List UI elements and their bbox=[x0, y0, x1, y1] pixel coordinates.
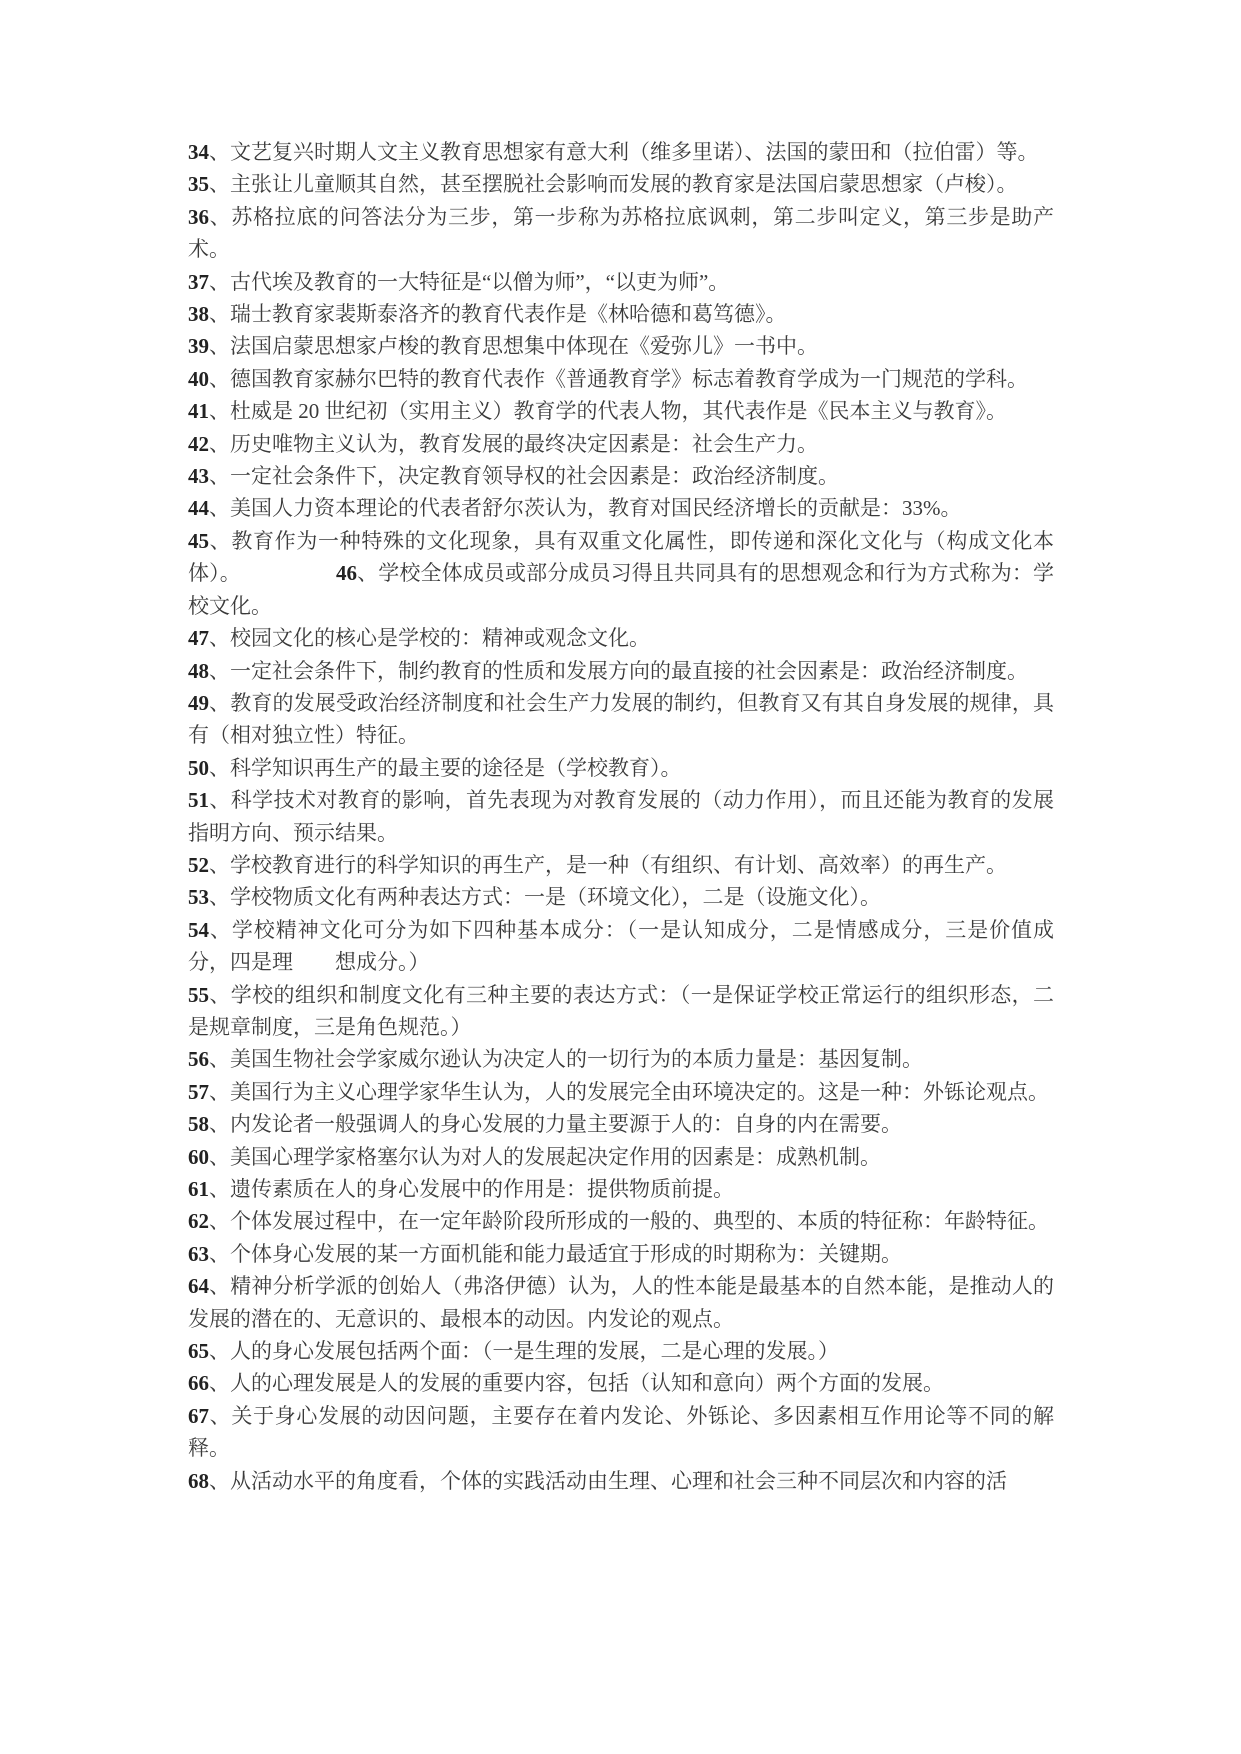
list-item: 56、美国生物社会学家威尔逊认为决定人的一切行为的本质力量是：基因复制。 bbox=[188, 1043, 1054, 1075]
item-number: 42 bbox=[188, 432, 209, 456]
item-text: 、一定社会条件下，决定教育领导权的社会因素是：政治经济制度。 bbox=[209, 464, 839, 488]
item-text: 、校园文化的核心是学校的：精神或观念文化。 bbox=[209, 626, 650, 650]
item-number: 50 bbox=[188, 756, 209, 780]
item-number: 49 bbox=[188, 691, 209, 715]
list-item: 51、科学技术对教育的影响，首先表现为对教育发展的（动力作用），而且还能为教育的… bbox=[188, 784, 1054, 849]
item-text: 、苏格拉底的问答法分为三步，第一步称为苏格拉底讽刺，第二步叫定义，第三步是助产术… bbox=[188, 205, 1054, 261]
list-item: 58、内发论者一般强调人的身心发展的力量主要源于人的：自身的内在需要。 bbox=[188, 1108, 1054, 1140]
item-text: 、杜威是 20 世纪初（实用主义）教育学的代表人物，其代表作是《民本主义与教育》… bbox=[209, 399, 1007, 423]
item-number: 54 bbox=[188, 918, 209, 942]
item-number: 58 bbox=[188, 1112, 209, 1136]
list-item: 42、历史唯物主义认为，教育发展的最终决定因素是：社会生产力。 bbox=[188, 428, 1054, 460]
item-text: 、人的心理发展是人的发展的重要内容，包括（认知和意向）两个方面的发展。 bbox=[209, 1371, 944, 1395]
item-number: 48 bbox=[188, 659, 209, 683]
list-item: 40、德国教育家赫尔巴特的教育代表作《普通教育学》标志着教育学成为一门规范的学科… bbox=[188, 363, 1054, 395]
item-number: 40 bbox=[188, 367, 209, 391]
list-item: 67、关于身心发展的动因问题，主要存在着内发论、外铄论、多因素相互作用论等不同的… bbox=[188, 1400, 1054, 1465]
document-body: 34、文艺复兴时期人文主义教育思想家有意大利（维多里诺）、法国的蒙田和（拉伯雷）… bbox=[188, 136, 1054, 1497]
item-text: 、科学知识再生产的最主要的途径是（学校教育）。 bbox=[209, 756, 682, 780]
list-item: 65、人的身心发展包括两个面：（一是生理的发展，二是心理的发展。） bbox=[188, 1335, 1054, 1367]
item-number: 36 bbox=[188, 205, 209, 229]
item-text: 、美国行为主义心理学家华生认为，人的发展完全由环境决定的。这是一种：外铄论观点。 bbox=[209, 1080, 1049, 1104]
list-item: 61、遗传素质在人的身心发展中的作用是：提供物质前提。 bbox=[188, 1173, 1054, 1205]
list-item: 68、从活动水平的角度看，个体的实践活动由生理、心理和社会三种不同层次和内容的活 bbox=[188, 1465, 1054, 1497]
list-item: 48、一定社会条件下，制约教育的性质和发展方向的最直接的社会因素是：政治经济制度… bbox=[188, 655, 1054, 687]
item-text: 、历史唯物主义认为，教育发展的最终决定因素是：社会生产力。 bbox=[209, 432, 818, 456]
item-number: 34 bbox=[188, 140, 209, 164]
list-item: 47、校园文化的核心是学校的：精神或观念文化。 bbox=[188, 622, 1054, 654]
list-item: 50、科学知识再生产的最主要的途径是（学校教育）。 bbox=[188, 752, 1054, 784]
item-text: 、学校的组织和制度文化有三种主要的表达方式：（一是保证学校正常运行的组织形态，二… bbox=[188, 983, 1054, 1039]
item-number: 35 bbox=[188, 172, 209, 196]
list-item: 57、美国行为主义心理学家华生认为，人的发展完全由环境决定的。这是一种：外铄论观… bbox=[188, 1076, 1054, 1108]
document-page: 34、文艺复兴时期人文主义教育思想家有意大利（维多里诺）、法国的蒙田和（拉伯雷）… bbox=[0, 0, 1241, 1754]
item-number: 63 bbox=[188, 1242, 209, 1266]
item-text: 、从活动水平的角度看，个体的实践活动由生理、心理和社会三种不同层次和内容的活 bbox=[209, 1469, 1007, 1493]
item-text: 、关于身心发展的动因问题，主要存在着内发论、外铄论、多因素相互作用论等不同的解释… bbox=[188, 1404, 1054, 1460]
item-number: 62 bbox=[188, 1209, 209, 1233]
item-number: 37 bbox=[188, 270, 209, 294]
list-item: 34、文艺复兴时期人文主义教育思想家有意大利（维多里诺）、法国的蒙田和（拉伯雷）… bbox=[188, 136, 1054, 168]
item-number: 56 bbox=[188, 1047, 209, 1071]
item-text: 、学校精神文化可分为如下四种基本成分：（一是认知成分，二是情感成分，三是价值成分… bbox=[188, 918, 1054, 974]
item-text: 、内发论者一般强调人的身心发展的力量主要源于人的：自身的内在需要。 bbox=[209, 1112, 902, 1136]
list-item: 54、学校精神文化可分为如下四种基本成分：（一是认知成分，二是情感成分，三是价值… bbox=[188, 914, 1054, 979]
item-number: 57 bbox=[188, 1080, 209, 1104]
list-item: 36、苏格拉底的问答法分为三步，第一步称为苏格拉底讽刺，第二步叫定义，第三步是助… bbox=[188, 201, 1054, 266]
item-number: 55 bbox=[188, 983, 209, 1007]
item-text: 、学校教育进行的科学知识的再生产，是一种（有组织、有计划、高效率）的再生产。 bbox=[209, 853, 1007, 877]
item-text: 、美国生物社会学家威尔逊认为决定人的一切行为的本质力量是：基因复制。 bbox=[209, 1047, 923, 1071]
list-item: 63、个体身心发展的某一方面机能和能力最适宜于形成的时期称为：关键期。 bbox=[188, 1238, 1054, 1270]
item-text: 、科学技术对教育的影响，首先表现为对教育发展的（动力作用），而且还能为教育的发展… bbox=[188, 788, 1054, 844]
list-item: 64、精神分析学派的创始人（弗洛伊德）认为，人的性本能是最基本的自然本能，是推动… bbox=[188, 1270, 1054, 1335]
list-item: 43、一定社会条件下，决定教育领导权的社会因素是：政治经济制度。 bbox=[188, 460, 1054, 492]
list-item: 39、法国启蒙思想家卢梭的教育思想集中体现在《爱弥儿》一书中。 bbox=[188, 330, 1054, 362]
item-number: 60 bbox=[188, 1145, 209, 1169]
item-number: 41 bbox=[188, 399, 209, 423]
item-number: 61 bbox=[188, 1177, 209, 1201]
list-item: 55、学校的组织和制度文化有三种主要的表达方式：（一是保证学校正常运行的组织形态… bbox=[188, 979, 1054, 1044]
list-item: 52、学校教育进行的科学知识的再生产，是一种（有组织、有计划、高效率）的再生产。 bbox=[188, 849, 1054, 881]
list-item: 44、美国人力资本理论的代表者舒尔茨认为，教育对国民经济增长的贡献是：33%。 bbox=[188, 492, 1054, 524]
list-item: 45、教育作为一种特殊的文化现象，具有双重文化属性，即传递和深化文化与（构成文化… bbox=[188, 525, 1054, 622]
item-number: 47 bbox=[188, 626, 209, 650]
item-number: 64 bbox=[188, 1274, 209, 1298]
item-text: 、个体身心发展的某一方面机能和能力最适宜于形成的时期称为：关键期。 bbox=[209, 1242, 902, 1266]
item-number: 67 bbox=[188, 1404, 209, 1428]
list-item: 37、古代埃及教育的一大特征是“以僧为师”，“以吏为师”。 bbox=[188, 266, 1054, 298]
item-text: 、古代埃及教育的一大特征是“以僧为师”，“以吏为师”。 bbox=[209, 270, 729, 294]
item-text: 、美国人力资本理论的代表者舒尔茨认为，教育对国民经济增长的贡献是：33%。 bbox=[209, 496, 962, 520]
item-text: 、德国教育家赫尔巴特的教育代表作《普通教育学》标志着教育学成为一门规范的学科。 bbox=[209, 367, 1028, 391]
list-item: 66、人的心理发展是人的发展的重要内容，包括（认知和意向）两个方面的发展。 bbox=[188, 1367, 1054, 1399]
item-number: 44 bbox=[188, 496, 209, 520]
item-number: 39 bbox=[188, 334, 209, 358]
item-text: 、法国启蒙思想家卢梭的教育思想集中体现在《爱弥儿》一书中。 bbox=[209, 334, 818, 358]
item-text: 、美国心理学家格塞尔认为对人的发展起决定作用的因素是：成熟机制。 bbox=[209, 1145, 881, 1169]
item-text: 、人的身心发展包括两个面：（一是生理的发展，二是心理的发展。） bbox=[209, 1339, 839, 1363]
item-text: 、瑞士教育家裴斯泰洛齐的教育代表作是《林哈德和葛笃德》。 bbox=[209, 302, 787, 326]
list-item: 53、学校物质文化有两种表达方式：一是（环境文化），二是（设施文化）。 bbox=[188, 881, 1054, 913]
item-number: 38 bbox=[188, 302, 209, 326]
item-text: 、主张让儿童顺其自然，甚至摆脱社会影响而发展的教育家是法国启蒙思想家（卢梭）。 bbox=[209, 172, 1018, 196]
list-item: 38、瑞士教育家裴斯泰洛齐的教育代表作是《林哈德和葛笃德》。 bbox=[188, 298, 1054, 330]
item-number: 53 bbox=[188, 885, 209, 909]
item-text: 、精神分析学派的创始人（弗洛伊德）认为，人的性本能是最基本的自然本能，是推动人的… bbox=[188, 1274, 1054, 1330]
list-item: 60、美国心理学家格塞尔认为对人的发展起决定作用的因素是：成熟机制。 bbox=[188, 1141, 1054, 1173]
list-item: 41、杜威是 20 世纪初（实用主义）教育学的代表人物，其代表作是《民本主义与教… bbox=[188, 395, 1054, 427]
item-text: 、学校物质文化有两种表达方式：一是（环境文化），二是（设施文化）。 bbox=[209, 885, 881, 909]
item-text: 、一定社会条件下，制约教育的性质和发展方向的最直接的社会因素是：政治经济制度。 bbox=[209, 659, 1028, 683]
item-number: 43 bbox=[188, 464, 209, 488]
list-item: 62、个体发展过程中，在一定年龄阶段所形成的一般的、典型的、本质的特征称：年龄特… bbox=[188, 1205, 1054, 1237]
item-number: 52 bbox=[188, 853, 209, 877]
list-item: 49、教育的发展受政治经济制度和社会生产力发展的制约，但教育又有其自身发展的规律… bbox=[188, 687, 1054, 752]
list-item: 35、主张让儿童顺其自然，甚至摆脱社会影响而发展的教育家是法国启蒙思想家（卢梭）… bbox=[188, 168, 1054, 200]
item-number: 45 bbox=[188, 529, 209, 553]
item-number: 51 bbox=[188, 788, 209, 812]
item-text: 、文艺复兴时期人文主义教育思想家有意大利（维多里诺）、法国的蒙田和（拉伯雷）等。 bbox=[209, 140, 1039, 164]
item-number: 65 bbox=[188, 1339, 209, 1363]
item-text: 、遗传素质在人的身心发展中的作用是：提供物质前提。 bbox=[209, 1177, 734, 1201]
item-number: 46 bbox=[336, 561, 357, 585]
item-text: 、教育的发展受政治经济制度和社会生产力发展的制约，但教育又有其自身发展的规律，具… bbox=[188, 691, 1054, 747]
item-number: 66 bbox=[188, 1371, 209, 1395]
item-text: 、个体发展过程中，在一定年龄阶段所形成的一般的、典型的、本质的特征称：年龄特征。 bbox=[209, 1209, 1049, 1233]
item-number: 68 bbox=[188, 1469, 209, 1493]
